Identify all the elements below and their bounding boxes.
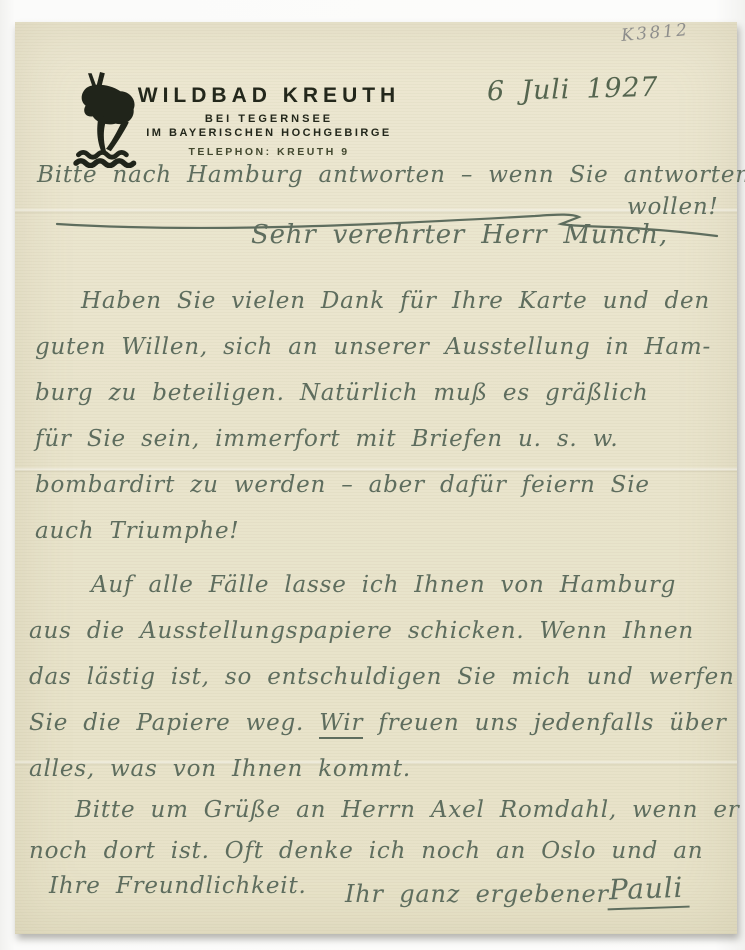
paragraph-1-line: guten Willen, sich an unserer Ausstellun… (35, 324, 711, 370)
salutation: Sehr verehrter Herr Munch, (251, 220, 668, 250)
paragraph-2-line: Auf alle Fälle lasse ich Ihnen von Hambu… (29, 562, 735, 608)
letter-date: 6 Juli 1927 (487, 72, 659, 107)
paragraph-2: Auf alle Fälle lasse ich Ihnen von Hambu… (29, 562, 735, 792)
letterhead-subtitle-location: BEI TEGERNSEE (123, 113, 415, 125)
letter-paper: K3812 WILDBAD KREUTH BEI TEGERNSEE IM BA… (15, 22, 737, 934)
letterhead: WILDBAD KREUTH BEI TEGERNSEE IM BAYERISC… (123, 84, 415, 158)
paragraph-1-line: burg zu beteiligen. Natürlich muß es grä… (35, 370, 711, 416)
forwarding-note-line1: Bitte nach Hamburg antworten – wenn Sie … (37, 162, 745, 188)
paragraph-2-line: das lästig ist, so entschuldigen Sie mic… (29, 654, 735, 700)
paragraph-1: Haben Sie vielen Dank für Ihre Karte und… (35, 278, 711, 554)
paragraph-2-line: Sie die Papiere weg. Wir freuen uns jede… (29, 700, 735, 746)
underlined-word: Wir (319, 710, 363, 739)
line-text: freuen uns jedenfalls über (363, 710, 726, 736)
paragraph-1-line: Haben Sie vielen Dank für Ihre Karte und… (35, 278, 711, 324)
letterhead-subtitle-region: IM BAYERISCHEN HOCHGEBIRGE (123, 127, 415, 139)
paragraph-2-line: alles, was von Ihnen kommt. (29, 746, 735, 792)
paragraph-1-line: bombardirt zu werden – aber dafür feiern… (35, 462, 711, 508)
letterhead-title: WILDBAD KREUTH (123, 84, 415, 108)
paragraph-3-last-line: Ihre Freundlichkeit. (49, 873, 307, 899)
paragraph-2-line: aus die Ausstellungspapiere schicken. We… (29, 608, 735, 654)
archive-code: K3812 (620, 20, 690, 46)
paragraph-1-line: auch Triumphe! (35, 508, 711, 554)
closing-phrase: Ihr ganz ergebener (345, 880, 609, 908)
paragraph-3-line: noch dort ist. Oft denke ich noch an Osl… (29, 831, 740, 872)
line-text: Sie die Papiere weg. (29, 710, 319, 736)
paragraph-1-line: für Sie sein, immerfort mit Briefen u. s… (35, 416, 711, 462)
paragraph-3: Bitte um Grüße an Herrn Axel Romdahl, we… (29, 790, 740, 872)
signature: Pauli (606, 871, 689, 911)
letterhead-telephone: TELEPHON: KREUTH 9 (123, 146, 415, 158)
paragraph-3-line: Bitte um Grüße an Herrn Axel Romdahl, we… (29, 790, 740, 831)
